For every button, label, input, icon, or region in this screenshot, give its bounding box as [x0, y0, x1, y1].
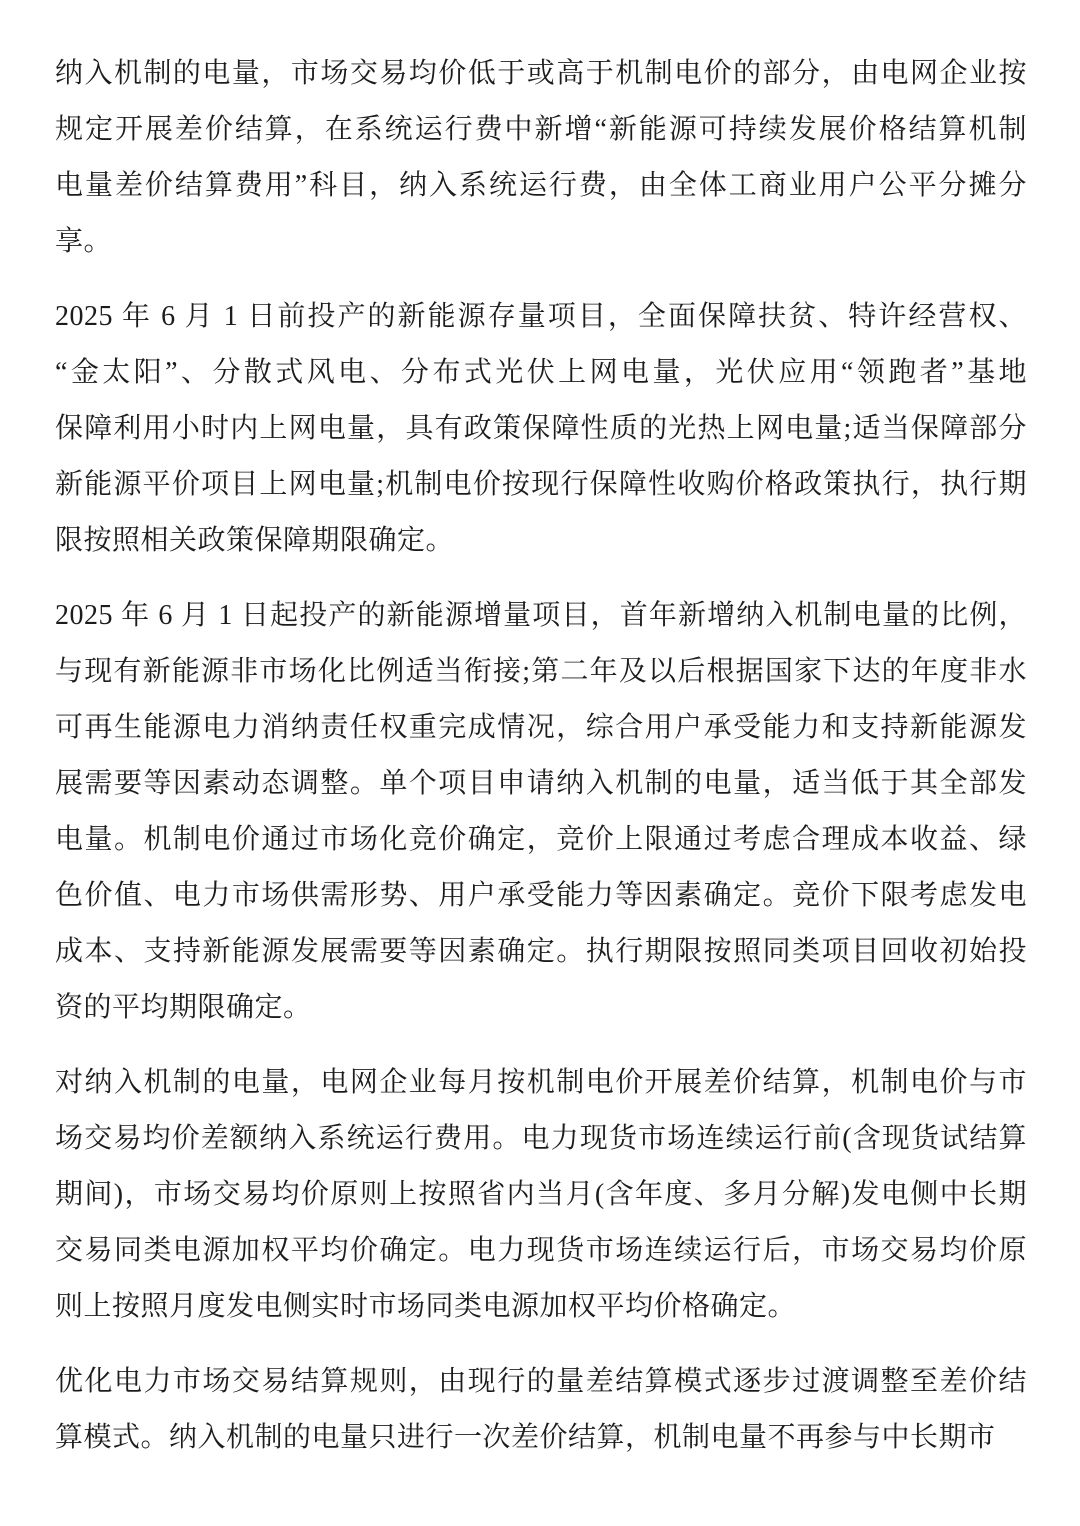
text-line: 纳入机制的电量，市场交易均价低于或高于机制电价的部分，由电网企业按 — [55, 46, 1027, 102]
text-line: 2025 年 6 月 1 日起投产的新能源增量项目，首年新增纳入机制电量的比例， — [55, 588, 1027, 644]
paragraph: 2025 年 6 月 1 日起投产的新能源增量项目，首年新增纳入机制电量的比例，… — [55, 588, 1027, 1036]
paragraph: 对纳入机制的电量，电网企业每月按机制电价开展差价结算，机制电价与市场交易均价差额… — [55, 1055, 1027, 1335]
text-line: 期间)，市场交易均价原则上按照省内当月(含年度、多月分解)发电侧中长期 — [55, 1167, 1027, 1223]
text-line: 算模式。纳入机制的电量只进行一次差价结算，机制电量不再参与中长期市 — [55, 1410, 1027, 1466]
paragraph: 2025 年 6 月 1 日前投产的新能源存量项目，全面保障扶贫、特许经营权、“… — [55, 289, 1027, 569]
text-line: 展需要等因素动态调整。单个项目申请纳入机制的电量，适当低于其全部发 — [55, 756, 1027, 812]
text-line: 电量差价结算费用”科目，纳入系统运行费，由全体工商业用户公平分摊分 — [55, 158, 1027, 214]
text-line: “金太阳”、分散式风电、分布式光伏上网电量，光伏应用“领跑者”基地 — [55, 345, 1027, 401]
text-line: 对纳入机制的电量，电网企业每月按机制电价开展差价结算，机制电价与市 — [55, 1055, 1027, 1111]
text-line: 成本、支持新能源发展需要等因素确定。执行期限按照同类项目回收初始投 — [55, 924, 1027, 980]
text-line: 新能源平价项目上网电量;机制电价按现行保障性收购价格政策执行，执行期 — [55, 457, 1027, 513]
paragraph: 优化电力市场交易结算规则，由现行的量差结算模式逐步过渡调整至差价结算模式。纳入机… — [55, 1354, 1027, 1466]
text-line: 规定开展差价结算，在系统运行费中新增“新能源可持续发展价格结算机制 — [55, 102, 1027, 158]
paragraph: 纳入机制的电量，市场交易均价低于或高于机制电价的部分，由电网企业按规定开展差价结… — [55, 46, 1027, 270]
text-line: 保障利用小时内上网电量，具有政策保障性质的光热上网电量;适当保障部分 — [55, 401, 1027, 457]
text-line: 则上按照月度发电侧实时市场同类电源加权平均价格确定。 — [55, 1279, 1027, 1335]
document-text: 纳入机制的电量，市场交易均价低于或高于机制电价的部分，由电网企业按规定开展差价结… — [55, 46, 1027, 1466]
text-line: 可再生能源电力消纳责任权重完成情况，综合用户承受能力和支持新能源发 — [55, 700, 1027, 756]
text-line: 优化电力市场交易结算规则，由现行的量差结算模式逐步过渡调整至差价结 — [55, 1354, 1027, 1410]
text-line: 电量。机制电价通过市场化竞价确定，竞价上限通过考虑合理成本收益、绿 — [55, 812, 1027, 868]
text-line: 色价值、电力市场供需形势、用户承受能力等因素确定。竞价下限考虑发电 — [55, 868, 1027, 924]
text-line: 2025 年 6 月 1 日前投产的新能源存量项目，全面保障扶贫、特许经营权、 — [55, 289, 1027, 345]
text-line: 与现有新能源非市场化比例适当衔接;第二年及以后根据国家下达的年度非水 — [55, 644, 1027, 700]
text-line: 交易同类电源加权平均价确定。电力现货市场连续运行后，市场交易均价原 — [55, 1223, 1027, 1279]
text-line: 限按照相关政策保障期限确定。 — [55, 513, 1027, 569]
text-line: 资的平均期限确定。 — [55, 980, 1027, 1036]
text-line: 享。 — [55, 214, 1027, 270]
document-page: 纳入机制的电量，市场交易均价低于或高于机制电价的部分，由电网企业按规定开展差价结… — [0, 0, 1080, 1526]
text-line: 场交易均价差额纳入系统运行费用。电力现货市场连续运行前(含现货试结算 — [55, 1111, 1027, 1167]
